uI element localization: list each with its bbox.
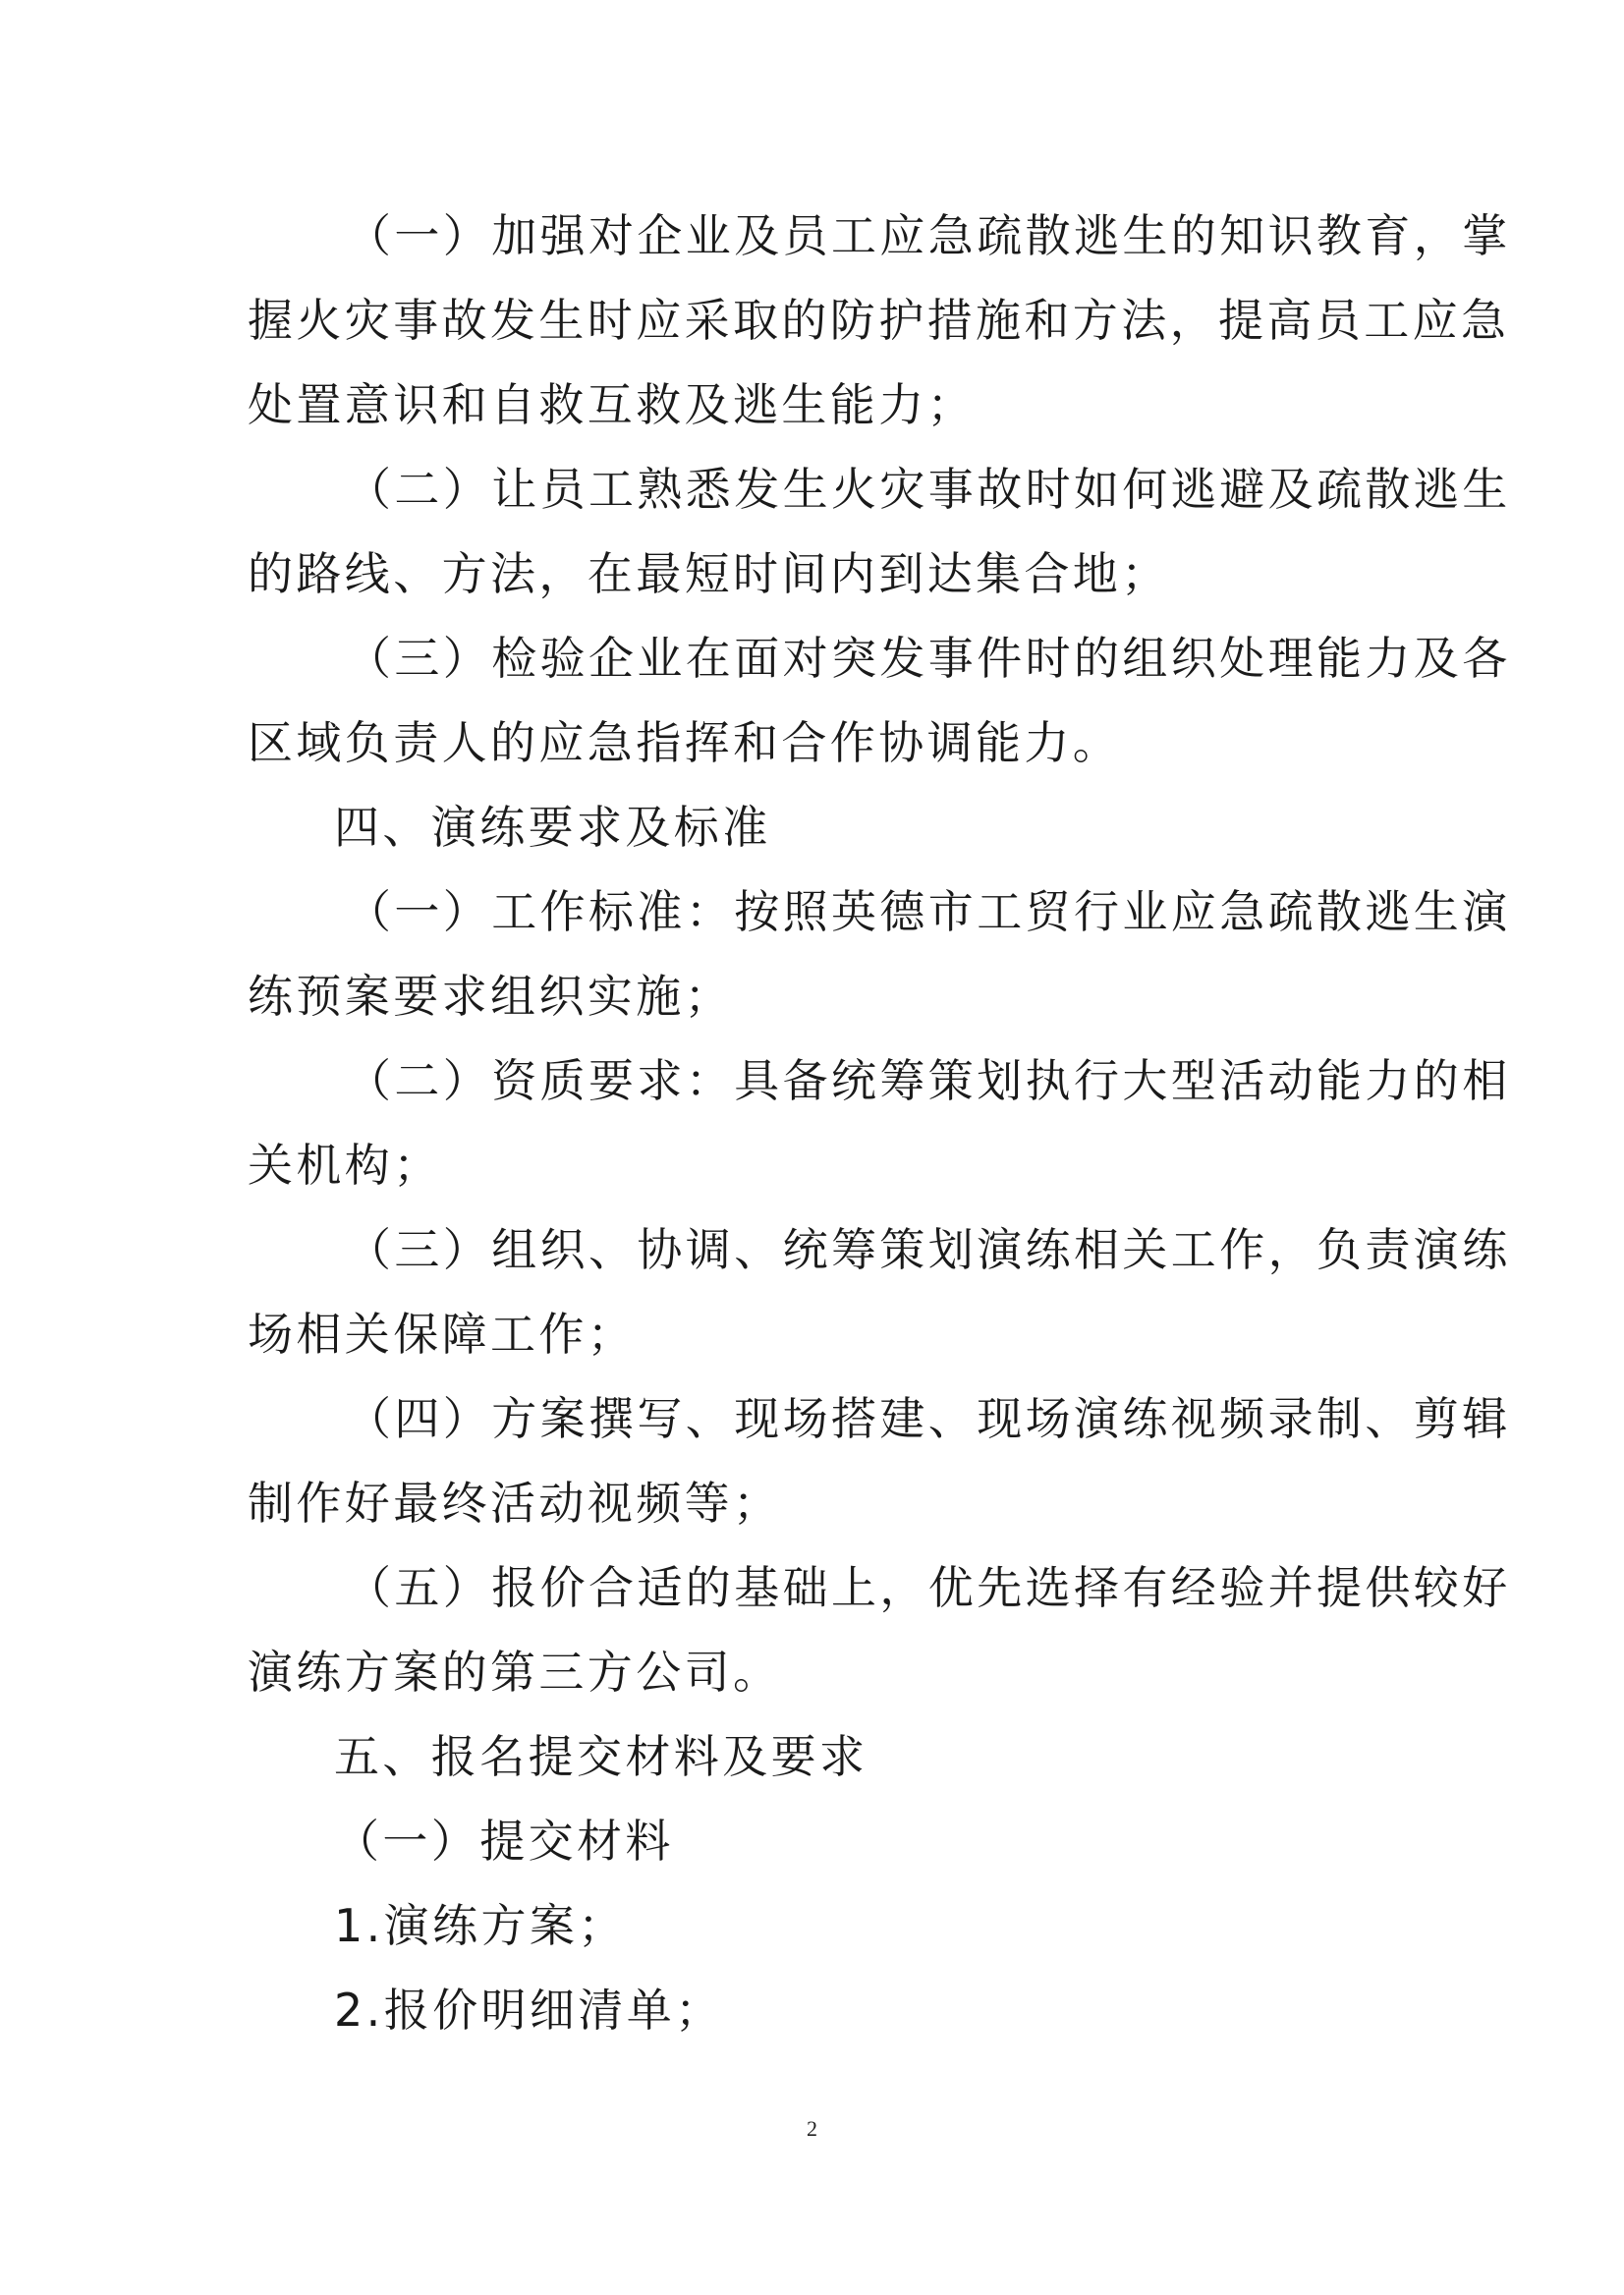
paragraph-line: （五）报价合适的基础上，优先选择有经验并提供较好 <box>346 1560 1511 1615</box>
paragraph-line: 场相关保障工作； <box>248 1307 636 1362</box>
paragraph-line: （三）检验企业在面对突发事件时的组织处理能力及各 <box>346 631 1511 686</box>
paragraph-line: 区域负责人的应急指挥和合作协调能力。 <box>248 715 1121 770</box>
list-item: 2.报价明细清单； <box>334 1983 724 2038</box>
paragraph-line: 制作好最终活动视频等； <box>248 1476 781 1531</box>
section-heading: 五、报名提交材料及要求 <box>334 1729 868 1784</box>
paragraph-line: （二）让员工熟悉发生火灾事故时如何逃避及疏散逃生 <box>346 462 1511 517</box>
paragraph-line: 关机构； <box>248 1138 442 1193</box>
paragraph-line: 处置意识和自救互救及逃生能力； <box>248 377 976 432</box>
list-item: 1.演练方案； <box>334 1898 627 1953</box>
paragraph-line: 练预案要求组织实施； <box>248 969 733 1024</box>
subsection-heading: （一）提交材料 <box>334 1814 674 1869</box>
document-page: （一）加强对企业及员工应急疏散逃生的知识教育，掌 握火灾事故发生时应采取的防护措… <box>0 0 1624 2295</box>
paragraph-line: （一）加强对企业及员工应急疏散逃生的知识教育，掌 <box>346 208 1511 263</box>
paragraph-line: 的路线、方法，在最短时间内到达集合地； <box>248 546 1170 601</box>
paragraph-line: 握火灾事故发生时应采取的防护措施和方法，提高员工应急 <box>248 293 1509 348</box>
paragraph-line: 演练方案的第三方公司。 <box>248 1645 781 1700</box>
section-heading: 四、演练要求及标准 <box>334 800 771 855</box>
paragraph-line: （一）工作标准：按照英德市工贸行业应急疏散逃生演 <box>346 884 1511 939</box>
paragraph-line: （三）组织、协调、统筹策划演练相关工作，负责演练 <box>346 1222 1511 1277</box>
paragraph-line: （四）方案撰写、现场搭建、现场演练视频录制、剪辑 <box>346 1391 1511 1446</box>
page-number: 2 <box>0 2116 1624 2142</box>
paragraph-line: （二）资质要求：具备统筹策划执行大型活动能力的相 <box>346 1053 1511 1108</box>
